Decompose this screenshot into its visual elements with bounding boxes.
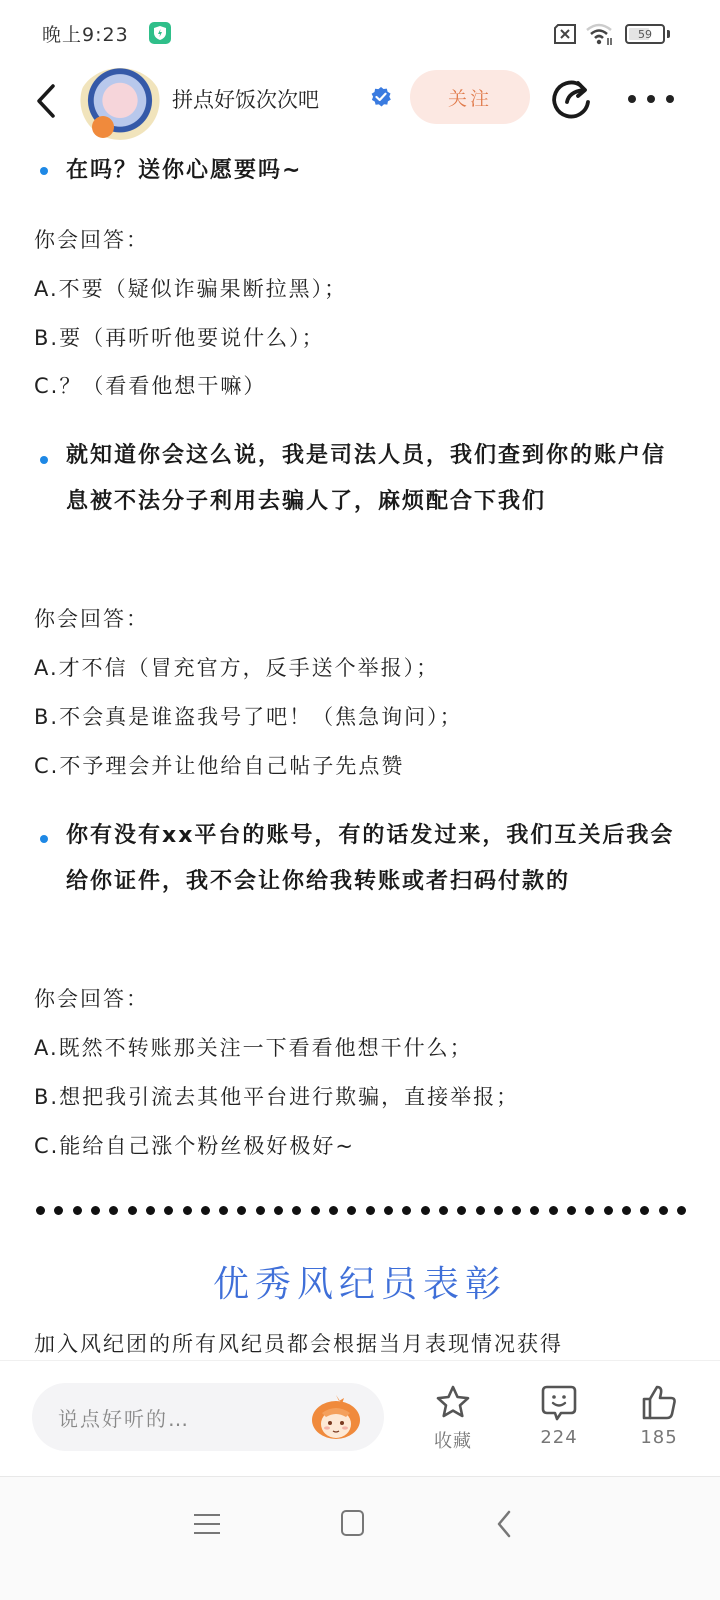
battery-icon: 59	[625, 24, 665, 44]
chevron-left-icon	[35, 83, 57, 119]
comment-count: 224	[540, 1427, 577, 1448]
verified-badge-icon	[370, 86, 392, 108]
post-header: 拼点好饭次次吧 关注	[0, 62, 720, 140]
answer-option: C.不予理会并让他给自己帖子先点赞	[34, 750, 404, 780]
status-time: 晚上9:23	[42, 20, 129, 47]
comment-button[interactable]: 224	[524, 1383, 594, 1463]
answer-heading: 你会回答：	[34, 603, 149, 633]
answer-heading: 你会回答：	[34, 983, 149, 1013]
section-title: 优秀风纪员表彰	[0, 1256, 720, 1307]
system-back-button[interactable]	[494, 1509, 514, 1539]
bullet-icon	[40, 167, 48, 175]
answer-option: A.不要（疑似诈骗果断拉黑）；	[34, 273, 347, 303]
thumbs-up-icon	[639, 1383, 679, 1423]
status-bar: 晚上9:23 59	[0, 0, 720, 62]
bullet-icon	[40, 456, 48, 464]
answer-option: C.？（看看他想干嘛）	[34, 370, 266, 400]
battery-level: 59	[638, 28, 652, 41]
post-content: 在吗？送你心愿要吗~ 你会回答： A.不要（疑似诈骗果断拉黑）； B.要（再听听…	[0, 140, 720, 1360]
answer-option: B.想把我引流去其他平台进行欺骗，直接举报；	[34, 1081, 519, 1111]
answer-option: A.才不信（冒充官方，反手送个举报）；	[34, 652, 439, 682]
question-prompt: 在吗？送你心愿要吗~	[66, 148, 676, 194]
follow-button[interactable]: 关注	[410, 70, 530, 124]
battery-tip	[667, 30, 670, 38]
section-body: 加入风纪团的所有风纪员都会根据当月表现情况获得	[34, 1328, 563, 1358]
comment-placeholder: 说点好听的…	[58, 1403, 190, 1432]
share-icon[interactable]	[550, 76, 596, 122]
question-prompt: 你有没有xx平台的账号，有的话发过来，我们互关后我会给你证件，我不会让你给我转账…	[66, 813, 676, 905]
question-prompt: 就知道你会这么说，我是司法人员，我们查到你的账户信息被不法分子利用去骗人了，麻烦…	[66, 433, 676, 525]
wifi-icon	[585, 22, 615, 46]
user-name[interactable]: 拼点好饭次次吧	[172, 84, 319, 114]
action-bar: 说点好听的… 收藏 224 185	[0, 1360, 720, 1476]
recent-apps-button[interactable]	[194, 1511, 220, 1537]
mascot-emoji-icon[interactable]	[308, 1391, 364, 1443]
more-options-button[interactable]	[628, 84, 674, 114]
back-button[interactable]	[26, 76, 66, 126]
answer-option: A.既然不转账那关注一下看看他想干什么；	[34, 1032, 473, 1062]
answer-option: B.要（再听听他要说什么）；	[34, 322, 325, 352]
answer-heading: 你会回答：	[34, 224, 149, 254]
favorite-button[interactable]: 收藏	[418, 1383, 488, 1463]
shield-icon	[149, 22, 171, 44]
like-button[interactable]: 185	[624, 1383, 694, 1463]
favorite-label: 收藏	[434, 1427, 472, 1453]
sim-off-icon	[553, 24, 577, 44]
answer-option: C.能给自己涨个粉丝极好极好~	[34, 1130, 355, 1160]
star-icon	[433, 1383, 473, 1423]
more-dots-icon	[628, 95, 636, 103]
home-button[interactable]	[341, 1510, 364, 1536]
menu-icon	[194, 1514, 220, 1516]
bullet-icon	[40, 835, 48, 843]
system-nav-bar	[0, 1476, 720, 1600]
answer-option: B.不会真是谁盗我号了吧！（焦急询问）；	[34, 701, 463, 731]
comment-smile-icon	[539, 1383, 579, 1423]
avatar-decoration	[92, 116, 114, 138]
avatar[interactable]	[78, 68, 162, 140]
like-count: 185	[640, 1427, 677, 1448]
dotted-divider	[36, 1204, 686, 1216]
